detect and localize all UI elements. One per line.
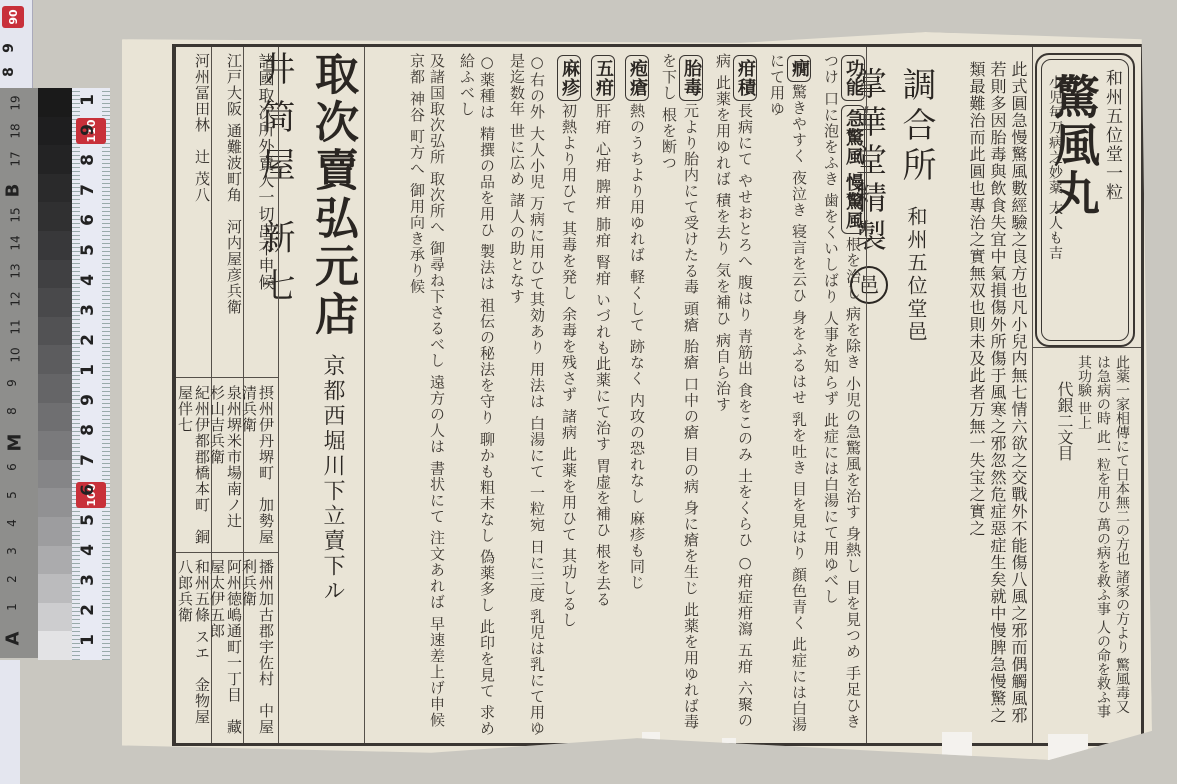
agent-entry: 泉州堺米市場南ノ辻 杉山吉兵衛	[208, 385, 242, 551]
ruler-number: 5	[78, 514, 98, 526]
gray-steps	[38, 88, 72, 660]
gray-step-patch	[38, 345, 72, 374]
gray-card-label: 11	[9, 319, 23, 334]
body-text: 功能急驚風 慢驚風根を治し 病を除き 小児の急驚風を治す 身熱し 目を見つめ 手…	[365, 53, 865, 737]
ruler-number: 7	[78, 454, 98, 466]
main-ruler: 110 100 1987654321987654321	[72, 88, 110, 660]
ruler-number: 6	[78, 214, 98, 226]
divider	[278, 47, 279, 743]
agent-entry: 河州冨田林 辻 茂八	[193, 53, 210, 371]
retailer-block: 取次賣弘元店 京都西堀川下立賣下ル 井筒屋 新七	[280, 51, 364, 741]
pricing-text: 此薬一家相傳にて日本無二の方也 諸家の方より 驚風毒又は急病の時 此一粒を用ひ …	[1076, 355, 1130, 718]
gray-card-label: 15	[9, 207, 23, 222]
product-efficacy: 小児毎万病之妙薬 大人も吉	[1045, 75, 1065, 260]
agent-entry: 江戸大阪 通難波町角 河内屋彦兵衛	[225, 53, 242, 371]
agent-place: 紀州伊都郡橋本町	[193, 385, 211, 529]
gray-card-label: 9	[5, 379, 19, 387]
agent-place: 泉州堺米市場南ノ辻	[225, 385, 243, 545]
section-heading: 麻疹	[557, 55, 581, 101]
ruler-number: 9	[78, 124, 98, 136]
ruler-number: 1	[78, 364, 98, 376]
gray-step-patch	[38, 574, 72, 603]
divider	[1032, 47, 1033, 743]
gray-step-patch	[38, 546, 72, 575]
paper-tear	[642, 732, 660, 760]
ruler-badge: 90	[2, 6, 24, 28]
price-label: 代銀二文目	[1055, 381, 1074, 724]
gray-step-patch	[38, 202, 72, 231]
gray-step-patch	[38, 174, 72, 203]
divider	[176, 552, 278, 553]
ruler-number: 1	[78, 634, 98, 646]
product-cartouche: 和州五位堂一粒 驚風丸 小児毎万病之妙薬 大人も吉	[1035, 53, 1135, 347]
agent-place: 播州加古郡宇佐村	[257, 559, 275, 703]
gray-step-patch	[38, 431, 72, 460]
gray-step-patch	[38, 488, 72, 517]
gray-step-patch	[38, 145, 72, 174]
ruler-number: 5	[78, 244, 98, 256]
body-section: 及諸国取次弘所 取次所へ 御尋ね下さるべし 遠方の人は 書状にて 注文あれば 早…	[407, 53, 447, 737]
agent-entry: 紀州伊都郡橋本町 銅屋伴七	[176, 385, 210, 551]
gray-step-patch	[38, 317, 72, 346]
ruler-number: 4	[78, 274, 98, 286]
agent-entry: 阿州徳嶋通町一丁目 藏屋太伊五郎	[208, 559, 242, 735]
agents-table: 諸國取次所外賣人一切出不申候摂州伊丹堺町 加勢屋清兵衛播州加古郡宇佐村 中屋 利…	[176, 47, 278, 743]
gray-card-label: 19	[9, 95, 23, 110]
section-text: 初熱より用ひて 其毒を発し 余毒を残さず 諸病 此薬を用ひて 其功しるし	[560, 103, 578, 628]
agent-name: 河内屋彦兵衛	[225, 219, 243, 315]
kanbun-description: 此式圓急慢驚風數經驗之良方也凡小兒内無七情六欲之交戰外不能傷八風之邪而偶觸風邪若…	[945, 61, 1029, 731]
gray-step-patch	[38, 460, 72, 489]
agent-place: 河州冨田林	[193, 53, 211, 149]
divider	[866, 47, 867, 743]
print-frame: 和州五位堂一粒 驚風丸 小児毎万病之妙薬 大人も吉 此薬一家相傳にて日本無二の方…	[172, 44, 1144, 746]
ruler-number: 7	[78, 184, 98, 196]
gray-step-patch	[38, 403, 72, 432]
body-section: 五疳肝疳 心疳 脾疳 肺疳 腎疳 いづれも此薬にて治す 胃虚を補ひ 根を去る	[591, 53, 615, 737]
agent-entry: 播州加古郡宇佐村 中屋 利兵衛	[240, 559, 274, 735]
gray-card-label: B	[2, 184, 23, 198]
section-text: ○薬種は 精撰の品を用ひ 製法は 祖伝の秘法を守り 聊かも粗末なし 偽薬多し 此…	[458, 53, 496, 736]
bottom-ruler	[0, 660, 20, 784]
body-section: 疳積長病にて やせおとろへ 腹はり 青筋出 食をこのみ 土をくらひ ○疳症疳瀉 …	[713, 53, 757, 737]
gray-card-label: 18	[9, 123, 23, 138]
gray-step-patch	[38, 260, 72, 289]
section-heading: 五疳	[591, 55, 615, 101]
agent-place: 阿州徳嶋通町一丁目	[225, 559, 243, 719]
body-section: 疱瘡熱のうちより用ゆれば 軽くして 跡なく 内攻の恐れなし 麻疹も同じ	[625, 53, 649, 737]
agents-header: 諸國取次所外賣人一切出不申候	[257, 53, 274, 373]
gray-card-label: M	[4, 434, 25, 452]
gray-step-patch	[38, 88, 72, 117]
ruler-number: 6	[78, 484, 98, 496]
gray-step-patch	[38, 231, 72, 260]
agent-name: 辻 茂八	[193, 149, 211, 203]
section-text: 長病にて やせおとろへ 腹はり 青筋出 食をこのみ 土をくらひ ○疳症疳瀉 五疳…	[714, 53, 754, 728]
section-text: 肝疳 心疳 脾疳 肺疳 腎疳 いづれも此薬にて治す 胃虚を補ひ 根を去る	[594, 103, 612, 607]
gray-card-label: 2	[5, 575, 19, 583]
section-text: 元より胎内にて受けたる毒 頭瘡 胎瘡 口中の瘡 目の病 身に瘡を生じ 此薬を用ゆ…	[660, 53, 700, 730]
body-section: 麻疹初熱より用ひて 其毒を発し 余毒を残さず 諸病 此薬を用ひて 其功しるし	[557, 53, 581, 737]
paper-tear	[942, 732, 972, 760]
section-text: ○右の外 大人小児 万病に用ひて其効あり 用法は 白湯にて 一粒宛 日に三度 乳…	[508, 53, 546, 736]
ruler-number: 2	[78, 604, 98, 616]
agent-place: 摂州伊丹堺町	[257, 385, 275, 497]
section-text: 驚きやすく 夜泣き 寝言を云ひ 身をふるはせ 乳を吐き 目を見はり 顔色青く 此…	[768, 53, 808, 732]
ruler-number: 9	[78, 394, 98, 406]
ruler-number: 2	[78, 334, 98, 346]
gray-step-patch	[38, 288, 72, 317]
section-heading: 癇	[787, 55, 811, 82]
body-section: ○右の外 大人小児 万病に用ひて其効あり 用法は 白湯にて 一粒宛 日に三度 乳…	[507, 53, 547, 737]
agent-entry: 摂州伊丹堺町 加勢屋清兵衛	[240, 385, 274, 551]
agent-entry: 和州五條 スエ 金物屋八郎兵衛	[176, 559, 210, 735]
gray-scale-card: 191817B15141312111098M654321A	[0, 88, 40, 658]
maker-block: 調合所 和州五位堂邑 掌華堂精製 邑	[871, 67, 941, 737]
gray-card-label: 6	[5, 463, 19, 471]
agent-place: 江戸大阪 通難波町角	[225, 53, 243, 219]
ruler-number: 4	[78, 544, 98, 556]
ruler-number: 8	[78, 154, 98, 166]
section-heading: 胎毒	[679, 55, 703, 101]
gray-card-label: 4	[5, 519, 19, 527]
gray-card-label: 10	[9, 347, 23, 362]
divider	[364, 47, 365, 743]
ruler-number: 3	[78, 574, 98, 586]
gray-card-label: 12	[9, 291, 23, 306]
gray-step-patch	[38, 517, 72, 546]
section-text: 熱のうちより用ゆれば 軽くして 跡なく 内攻の恐れなし 麻疹も同じ	[628, 103, 646, 590]
body-section: ○薬種は 精撰の品を用ひ 製法は 祖伝の秘法を守り 聊かも粗末なし 偽薬多し 此…	[457, 53, 497, 737]
gray-card-label: 8	[5, 407, 19, 415]
gray-step-patch	[38, 631, 72, 660]
ruler-number: 3	[78, 304, 98, 316]
section-heading: 疳積	[733, 55, 757, 101]
ruler-number: 9	[1, 43, 17, 53]
gray-card-label: 1	[5, 603, 19, 611]
body-section: 癇驚きやすく 夜泣き 寝言を云ひ 身をふるはせ 乳を吐き 目を見はり 顔色青く …	[767, 53, 811, 737]
gray-card-label: 17	[9, 151, 23, 166]
ruler-number: 1	[78, 94, 98, 106]
maker-label: 調合所	[896, 67, 936, 187]
maker-address: 和州五位堂邑	[904, 206, 928, 344]
section-heading: 疱瘡	[625, 55, 649, 101]
retailer-address: 京都西堀川下立賣下ル	[320, 354, 345, 604]
gray-card-label: 14	[9, 235, 23, 250]
agent-place: 和州五條 スエ	[193, 559, 211, 677]
top-ruler: 90 9 8	[0, 0, 33, 88]
gray-step-patch	[38, 603, 72, 632]
handbill-sheet: 和州五位堂一粒 驚風丸 小児毎万病之妙薬 大人も吉 此薬一家相傳にて日本無二の方…	[122, 32, 1152, 760]
ruler-number: 8	[78, 424, 98, 436]
retailer-title: 取次賣弘元店	[307, 51, 358, 339]
ruler-number: 8	[1, 67, 17, 77]
body-section: 功能急驚風 慢驚風根を治し 病を除き 小児の急驚風を治す 身熱し 目を見つめ 手…	[821, 53, 865, 737]
paper-tear	[722, 738, 736, 760]
pricing-note: 此薬一家相傳にて日本無二の方也 諸家の方より 驚風毒又は急病の時 此一粒を用ひ …	[1039, 347, 1135, 732]
paper-tear	[1048, 734, 1088, 760]
gray-card-label: A	[2, 632, 23, 646]
gray-card-label: 5	[5, 491, 19, 499]
section-subheading: 急驚風 慢驚風	[841, 105, 865, 234]
section-heading: 功能	[841, 55, 865, 101]
section-text: 及諸国取次弘所 取次所へ 御尋ね下さるべし 遠方の人は 書状にて 注文あれば 早…	[408, 53, 446, 728]
body-section: 胎毒元より胎内にて受けたる毒 頭瘡 胎瘡 口中の瘡 目の病 身に瘡を生じ 此薬を…	[659, 53, 703, 737]
gray-step-patch	[38, 374, 72, 403]
gray-step-patch	[38, 117, 72, 146]
gray-card-label: 13	[9, 263, 23, 278]
gray-card-label: 3	[5, 547, 19, 555]
divider	[176, 377, 278, 378]
